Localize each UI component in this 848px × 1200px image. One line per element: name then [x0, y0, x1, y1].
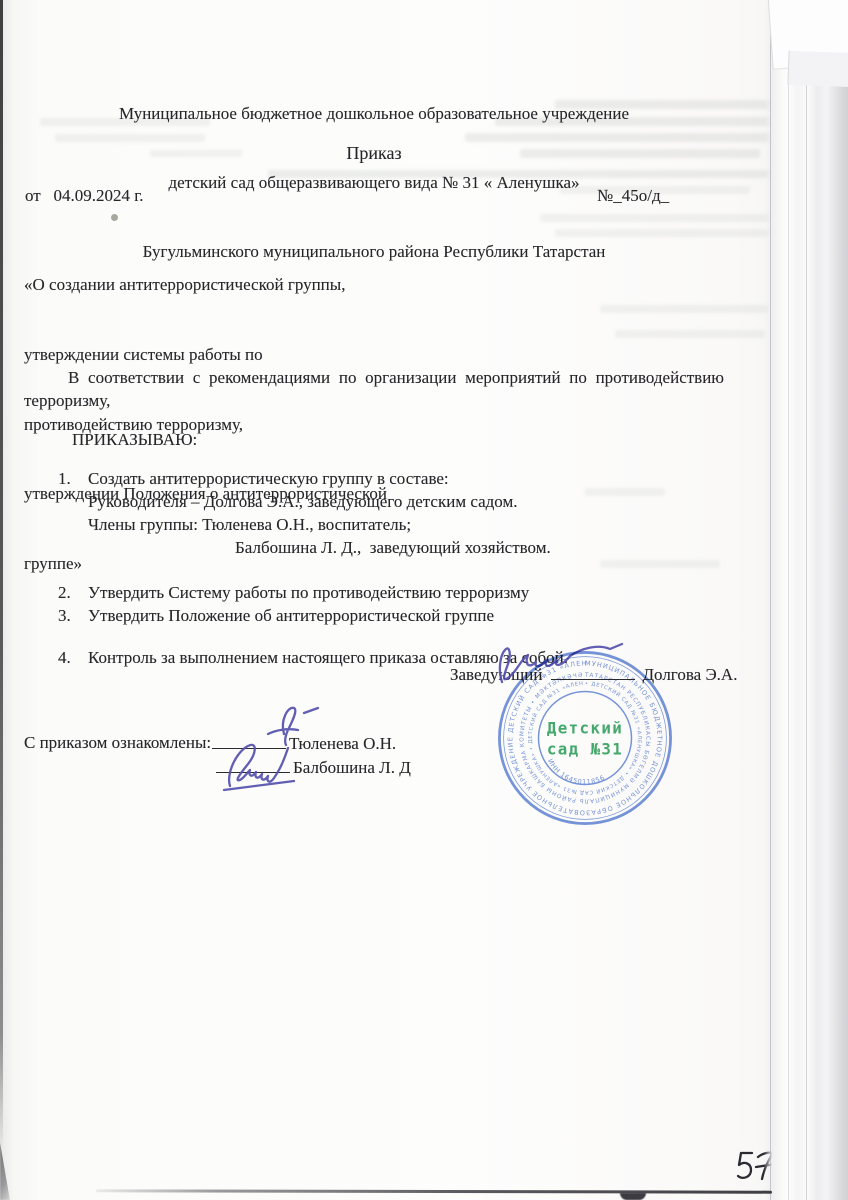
order-number: №_45о/д_ [597, 184, 669, 207]
intro-paragraph: В соответствии с рекомендациями по орган… [24, 366, 724, 412]
org-name-line: Муниципальное бюджетное дошкольное образ… [0, 102, 748, 125]
page-edge-line [788, 0, 789, 1200]
order-date: от 04.09.2024 г. [25, 184, 144, 207]
left-page-edge [0, 0, 3, 1150]
bleed-through-line [585, 488, 665, 496]
item-number: 4. [58, 646, 71, 669]
subject-line: «О создании антитеррористической группы, [24, 273, 387, 296]
item-number: 1. [58, 467, 71, 490]
page-corner-flap [787, 51, 848, 87]
page-edge-line [770, 0, 771, 1200]
order-item-line: Руководителя – Долгова Э.А., заведующего… [88, 490, 517, 513]
subject-line: утверждении системы работы по [24, 343, 387, 366]
official-round-stamp: МУНИЦИПАЛЬНОЕ БЮДЖЕТНОЕ ДОШКОЛЬНОЕ ОБРАЗ… [492, 645, 678, 831]
bottom-page-edge [96, 1189, 772, 1193]
orders-heading: ПРИКАЗЫВАЮ: [72, 428, 197, 451]
order-item-line: Утвердить Положение об антитеррористичес… [88, 604, 494, 627]
bleed-through-line [615, 330, 765, 338]
item-number: 3. [58, 604, 71, 627]
order-item-line: Утвердить Систему работы по противодейст… [88, 581, 529, 604]
scanned-order-document: Муниципальное бюджетное дошкольное образ… [0, 0, 848, 1200]
order-item-line: Члены группы: Тюленева О.Н., воспитатель… [88, 513, 411, 536]
page-edge-line [806, 0, 807, 1200]
order-item-line: Балбошина Л. Д., заведующий хозяйством. [235, 536, 551, 559]
acknowledgement-label: С приказом ознакомлены: [24, 731, 211, 754]
item-number: 2. [58, 581, 71, 604]
order-item-line: Создать антитеррористическую группу в со… [88, 467, 449, 490]
order-subject: «О создании антитеррористической группы,… [24, 227, 387, 621]
stamp-center-text-line2: сад №31 [547, 740, 623, 759]
bleed-through-line [600, 560, 720, 568]
stamp-center-text-line1: Детский [547, 718, 623, 737]
balboshina-handwritten-signature [218, 736, 328, 794]
next-page-number-cutoff [620, 1193, 646, 1200]
document-type-title: Приказ [0, 142, 748, 165]
